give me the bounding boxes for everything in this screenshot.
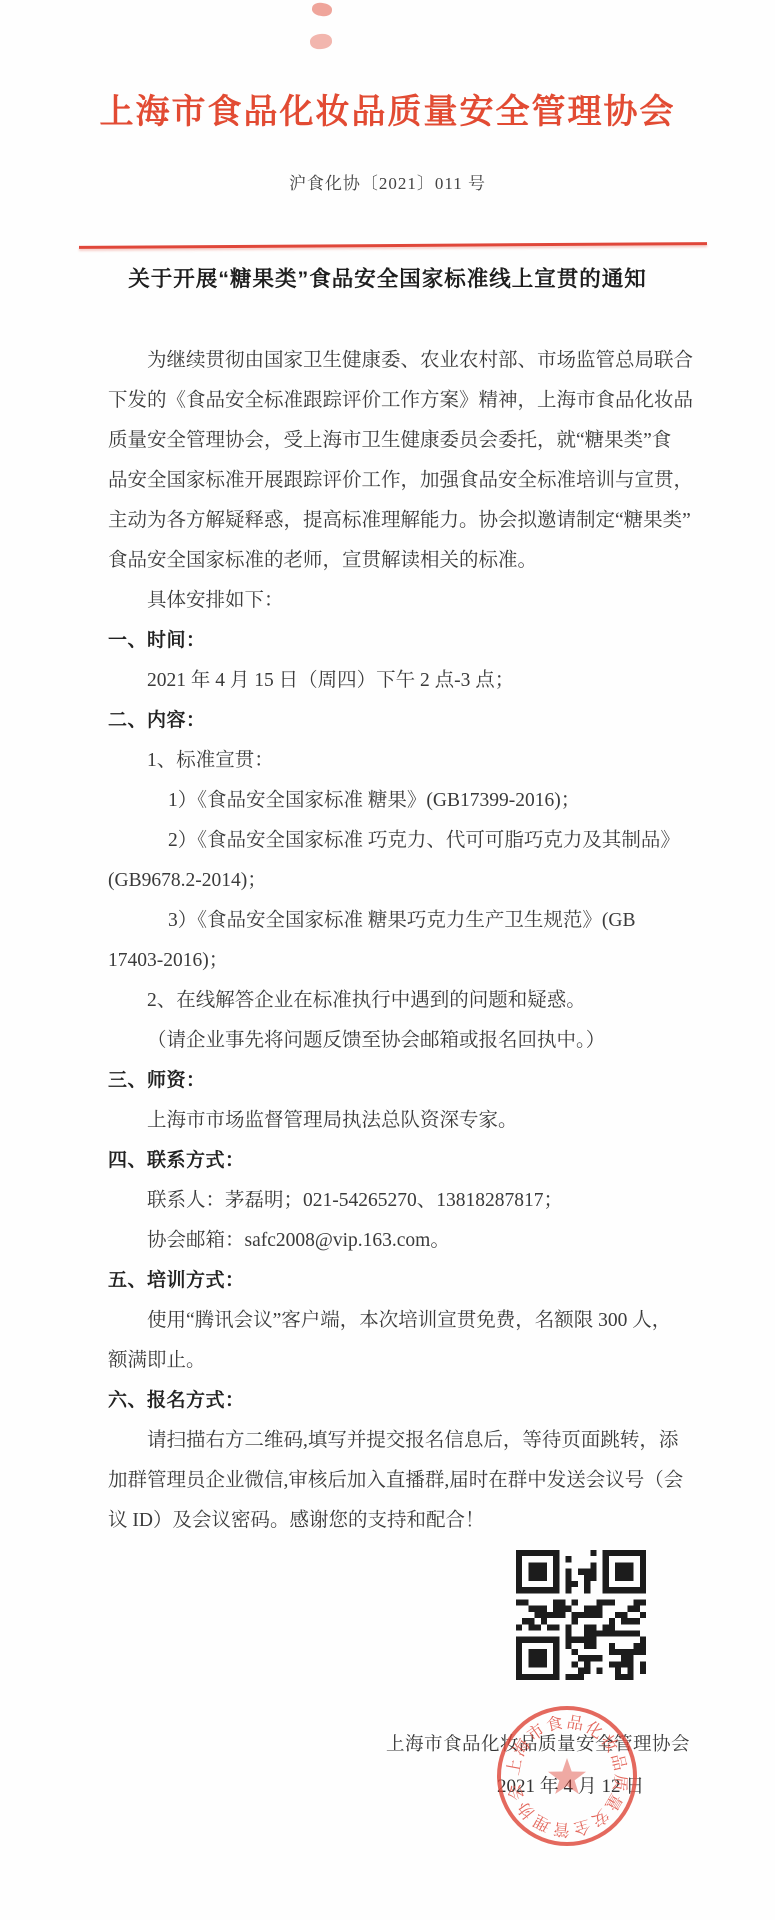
doc-line: 1、标准宣贯： [108, 741, 719, 781]
association-header: 上海市食品化妆品质量安全管理协会 [0, 0, 775, 133]
section-heading-faculty: 三、师资： [108, 1061, 719, 1101]
doc-line: 具体安排如下： [108, 581, 719, 621]
doc-line: 质量安全管理协会，受上海市卫生健康委员会委托，就“糖果类”食 [108, 421, 719, 461]
notice-title: 关于开展“糖果类”食品安全国家标准线上宣贯的通知 [0, 262, 775, 293]
section-heading-training: 五、培训方式： [108, 1261, 719, 1301]
doc-line: 使用“腾讯会议”客户端，本次培训宣贯免费，名额限 300 人， [108, 1301, 719, 1341]
document-page: 上海市食品化妆品质量安全管理协会 沪食化协〔2021〕011 号 关于开展“糖果… [0, 0, 775, 1920]
date: 2021 年 4 月 12 日 [497, 1771, 644, 1798]
section-heading-signup: 六、报名方式： [108, 1381, 719, 1421]
doc-line: 2、在线解答企业在标准执行中遇到的问题和疑惑。 [108, 981, 719, 1021]
doc-line: 议 ID）及会议密码。感谢您的支持和配合！ [108, 1501, 719, 1541]
doc-line: 2）《食品安全国家标准 巧克力、代可可脂巧克力及其制品》 [108, 821, 719, 861]
doc-line: 额满即止。 [108, 1341, 719, 1381]
doc-line: 加群管理员企业微信,审核后加入直播群,届时在群中发送会议号（会 [108, 1461, 719, 1501]
section-heading-time: 一、时间： [108, 621, 719, 661]
doc-line: (GB9678.2-2014)； [108, 861, 719, 901]
doc-line: 请扫描右方二维码,填写并提交报名信息后，等待页面跳转，添 [108, 1421, 719, 1461]
signature: 上海市食品化妆品质量安全管理协会 [386, 1730, 690, 1756]
doc-line: （请企业事先将问题反馈至协会邮箱或报名回执中。） [108, 1021, 719, 1061]
doc-line: 1）《食品安全国家标准 糖果》(GB17399-2016)； [108, 781, 719, 821]
doc-line: 联系人：茅磊明；021-54265270、13818287817； [108, 1181, 719, 1221]
doc-line: 主动为各方解疑释惑，提高标准理解能力。协会拟邀请制定“糖果类” [108, 501, 719, 541]
doc-line: 下发的《食品安全标准跟踪评价工作方案》精神，上海市食品化妆品 [108, 381, 719, 421]
notice-body: 为继续贯彻由国家卫生健康委、农业农村部、市场监管总局联合 下发的《食品安全标准跟… [0, 341, 775, 1541]
section-heading-contact: 四、联系方式： [108, 1141, 719, 1181]
doc-line: 上海市市场监督管理局执法总队资深专家。 [108, 1101, 719, 1141]
doc-number: 沪食化协〔2021〕011 号 [0, 169, 775, 194]
doc-line: 食品安全国家标准的老师，宣贯解读相关的标准。 [108, 541, 719, 581]
doc-line: 品安全国家标准开展跟踪评价工作，加强食品安全标准培训与宣贯， [108, 461, 719, 501]
doc-line: 为继续贯彻由国家卫生健康委、农业农村部、市场监管总局联合 [108, 341, 719, 381]
doc-line: 2021 年 4 月 15 日（周四）下午 2 点-3 点； [108, 661, 719, 701]
doc-line: 3）《食品安全国家标准 糖果巧克力生产卫生规范》(GB [108, 901, 719, 941]
registration-qr-code-icon [514, 1550, 648, 1680]
section-heading-content: 二、内容： [108, 701, 719, 741]
doc-line: 17403-2016)； [108, 941, 719, 981]
red-divider [79, 242, 707, 249]
doc-line: 协会邮箱：safc2008@vip.163.com。 [108, 1221, 719, 1261]
